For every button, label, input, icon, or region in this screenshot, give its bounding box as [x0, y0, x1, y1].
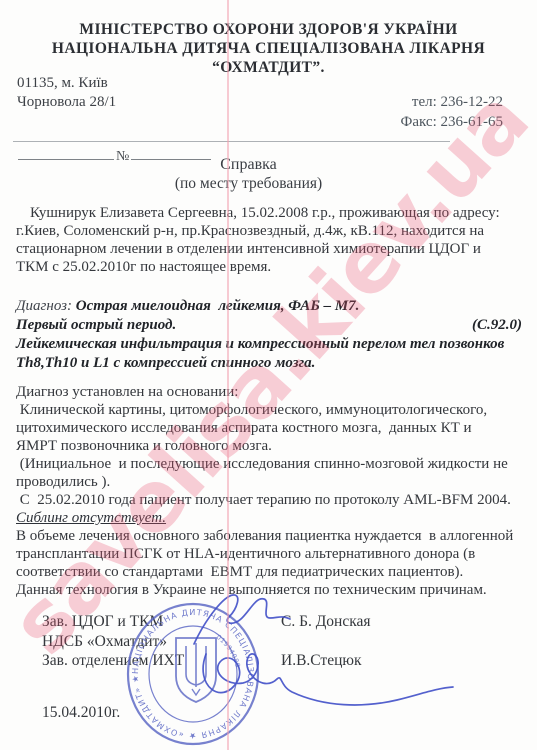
basis-line: Клинической картины, цитоморфологическог…: [16, 401, 528, 419]
address-block: 01135, м. Київ Чорновола 28/1: [17, 74, 116, 112]
fax-line: Факс: 236-61-65: [401, 112, 504, 132]
address-street: Чорновола 28/1: [17, 93, 116, 112]
basis-line: (Инициальное и последующие исследования …: [16, 455, 528, 473]
address-zip-city: 01135, м. Київ: [17, 74, 116, 93]
phone-line: тел: 236-12-22: [401, 92, 504, 112]
diagnosis-line: Первый острый период.(С.92.0): [16, 316, 528, 335]
basis-line: Диагноз установлен на основании:: [16, 383, 528, 401]
contact-block: тел: 236-12-22 Факс: 236-61-65: [401, 92, 504, 132]
header: МІНІСТЕРСТВО ОХОРОНИ ЗДОРОВ'Я УКРАЇНИ НА…: [0, 20, 537, 77]
diagnosis-line: Лейкемическая инфильтрация и компрессион…: [16, 335, 528, 354]
therapy-line: С 25.02.2010 года пациент получает терап…: [16, 491, 528, 509]
trident-emblem-icon: [176, 638, 216, 702]
document-page: МІНІСТЕРСТВО ОХОРОНИ ЗДОРОВ'Я УКРАЇНИ НА…: [0, 0, 537, 750]
stamp-rings: [128, 604, 258, 744]
official-stamp: НАЦІОНАЛЬНА ДИТЯЧА СПЕЦІАЛІЗОВАНА ЛІКАРН…: [110, 560, 470, 750]
patient-line: г.Киев, Соломенский р-н, пр.Краснозвездн…: [16, 222, 528, 240]
document-subtitle: (по месту требования): [0, 175, 497, 193]
diagnosis-label: Диагноз:: [16, 298, 72, 314]
divider-line: [13, 141, 450, 142]
signature-stetsiuk: [203, 654, 453, 705]
sibling-line: Сиблинг отсутствует.: [16, 509, 528, 527]
basis-line: цитохимического исследования аспирата ко…: [16, 419, 528, 437]
diagnosis-line: Диагноз: Острая миелоидная лейкемия, ФАБ…: [16, 297, 528, 316]
patient-line: ТКМ с 25.02.2010г по настоящее время.: [16, 258, 528, 276]
ministry-name: МІНІСТЕРСТВО ОХОРОНИ ЗДОРОВ'Я УКРАЇНИ: [0, 20, 537, 39]
diagnosis-text: Острая миелоидная лейкемия, ФАБ – М7.: [76, 298, 360, 314]
patient-line: Кушнирук Елизавета Сергеевна, 15.02.2008…: [16, 204, 528, 222]
basis-line: ЯМРТ позвоночника и головного мозга.: [16, 437, 528, 455]
patient-paragraph: Кушнирук Елизавета Сергеевна, 15.02.2008…: [16, 204, 528, 276]
diagnosis-period: Первый острый период.: [16, 316, 176, 335]
patient-line: стационарном лечении в отделении интенси…: [16, 240, 528, 258]
document-title: Справка: [0, 156, 497, 174]
hospital-name: НАЦІОНАЛЬНА ДИТЯЧА СПЕЦІАЛІЗОВАНА ЛІКАРН…: [0, 39, 537, 58]
diagnosis-line: Th8,Th10 и L1 с компрессией спинного моз…: [16, 354, 528, 373]
basis-line: проводились ).: [16, 473, 528, 491]
transplant-line: В объеме лечения основного заболевания п…: [16, 527, 528, 545]
icd-code: (С.92.0): [472, 316, 522, 335]
document-date: 15.04.2010г.: [42, 704, 120, 722]
diagnosis-paragraph: Диагноз: Острая миелоидная лейкемия, ФАБ…: [16, 297, 528, 373]
